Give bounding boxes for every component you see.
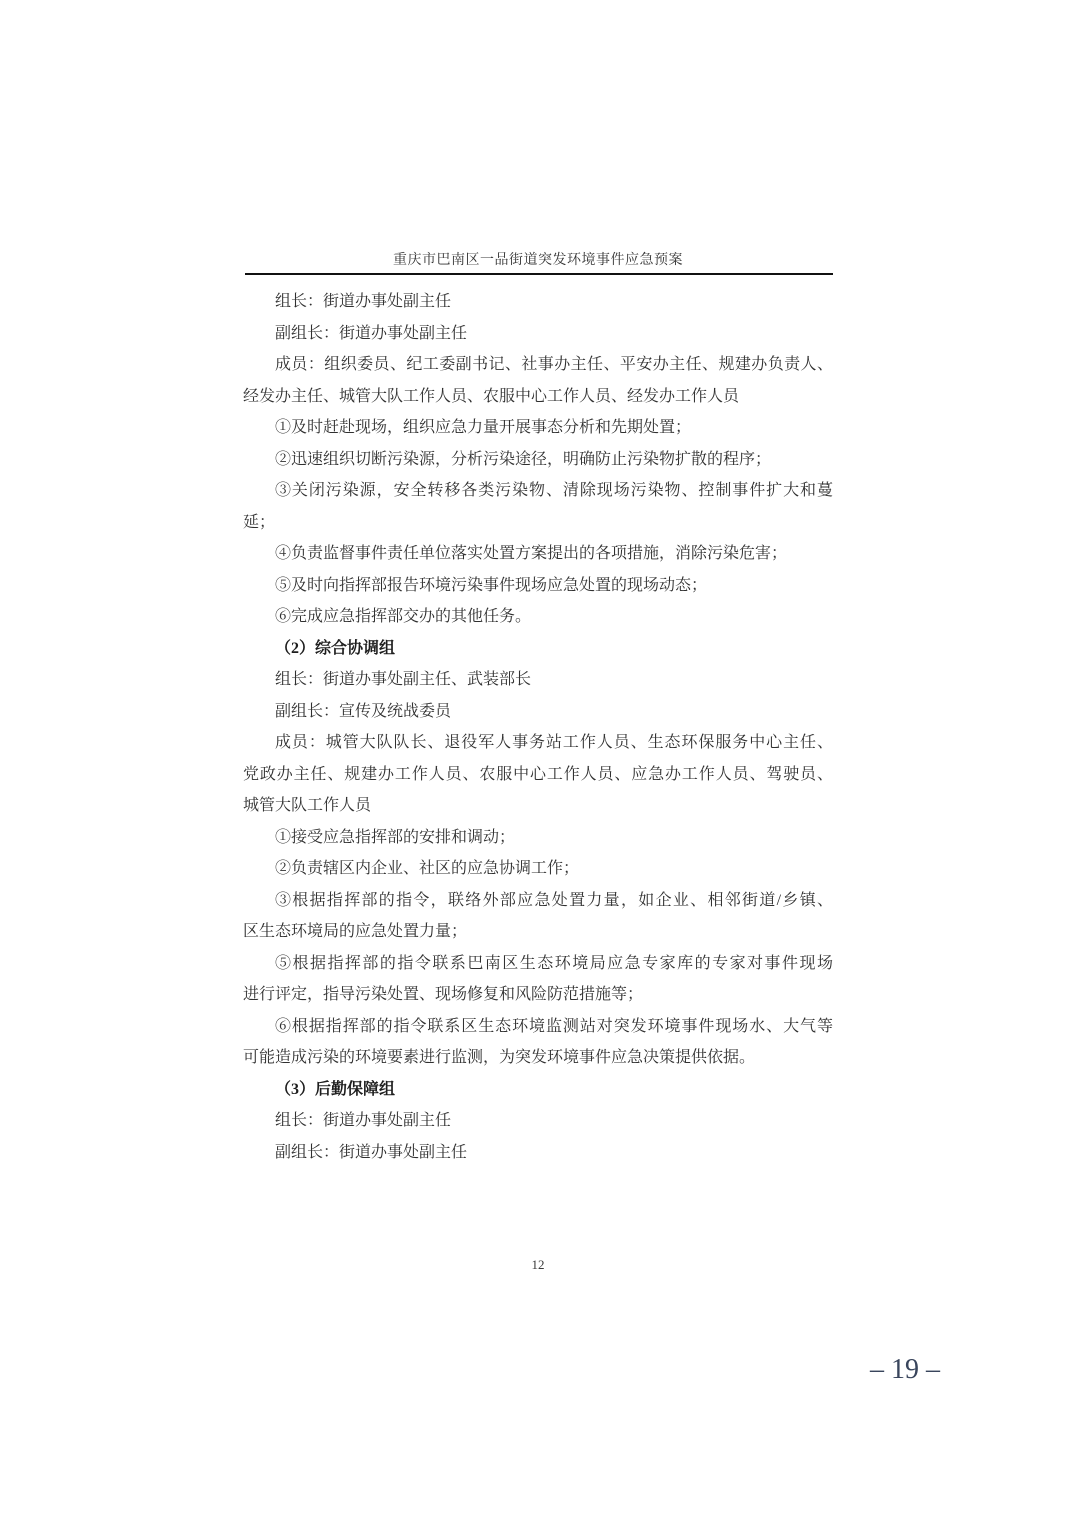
paragraph: 组长：街道办事处副主任 <box>243 286 833 318</box>
paragraph-line: 成员：城管大队队长、退役军人事务站工作人员、生态环保服务中心主任、 <box>243 727 833 759</box>
paragraph-line: 组长：街道办事处副主任 <box>243 286 833 318</box>
paragraph-line: ④负责监督事件责任单位落实处置方案提出的各项措施，消除污染危害； <box>243 538 833 570</box>
paragraph: （3）后勤保障组 <box>243 1074 833 1106</box>
paragraph: 副组长：街道办事处副主任 <box>243 1137 833 1169</box>
document-body: 组长：街道办事处副主任副组长：街道办事处副主任成员：组织委员、纪工委副书记、社事… <box>243 286 833 1168</box>
paragraph: 组长：街道办事处副主任、武装部长 <box>243 664 833 696</box>
paragraph-line: ⑥完成应急指挥部交办的其他任务。 <box>243 601 833 633</box>
paragraph-line: ⑥根据指挥部的指令联系区生态环境监测站对突发环境事件现场水、大气等 <box>243 1011 833 1043</box>
paragraph-line: 组长：街道办事处副主任 <box>243 1105 833 1137</box>
paragraph-line: 进行评定，指导污染处置、现场修复和风险防范措施等； <box>243 979 833 1011</box>
paragraph: ③关闭污染源，安全转移各类污染物、清除现场污染物、控制事件扩大和蔓延； <box>243 475 833 538</box>
paragraph: ⑤根据指挥部的指令联系巴南区生态环境局应急专家库的专家对事件现场进行评定，指导污… <box>243 948 833 1011</box>
paragraph-line: 副组长：街道办事处副主任 <box>243 318 833 350</box>
paragraph-line: ⑤根据指挥部的指令联系巴南区生态环境局应急专家库的专家对事件现场 <box>243 948 833 980</box>
page-number: 12 <box>243 1257 833 1273</box>
paragraph-line: ①及时赶赴现场，组织应急力量开展事态分析和先期处置； <box>243 412 833 444</box>
paragraph-line: 成员：组织委员、纪工委副书记、社事办主任、平安办主任、规建办负责人、 <box>243 349 833 381</box>
paragraph: ③根据指挥部的指令，联络外部应急处置力量，如企业、相邻街道/乡镇、区生态环境局的… <box>243 885 833 948</box>
paragraph: （2）综合协调组 <box>243 633 833 665</box>
paragraph: 成员：城管大队队长、退役军人事务站工作人员、生态环保服务中心主任、党政办主任、规… <box>243 727 833 822</box>
paragraph-line: 区生态环境局的应急处置力量； <box>243 916 833 948</box>
paragraph-line: ②迅速组织切断污染源，分析污染途径，明确防止污染物扩散的程序； <box>243 444 833 476</box>
header-rule <box>245 273 833 275</box>
paragraph: 组长：街道办事处副主任 <box>243 1105 833 1137</box>
header-title: 重庆市巴南区一品街道突发环境事件应急预案 <box>243 249 833 269</box>
paragraph: ②迅速组织切断污染源，分析污染途径，明确防止污染物扩散的程序； <box>243 444 833 476</box>
paragraph-line: 延； <box>243 507 833 539</box>
paragraph: ⑥完成应急指挥部交办的其他任务。 <box>243 601 833 633</box>
paragraph-line: 城管大队工作人员 <box>243 790 833 822</box>
paragraph-line: ③根据指挥部的指令，联络外部应急处置力量，如企业、相邻街道/乡镇、 <box>243 885 833 917</box>
section-heading: （2）综合协调组 <box>243 633 833 665</box>
paragraph: ④负责监督事件责任单位落实处置方案提出的各项措施，消除污染危害； <box>243 538 833 570</box>
paragraph-line: ②负责辖区内企业、社区的应急协调工作； <box>243 853 833 885</box>
document-page: 重庆市巴南区一品街道突发环境事件应急预案 组长：街道办事处副主任副组长：街道办事… <box>0 0 1074 1520</box>
paragraph-line: ①接受应急指挥部的安排和调动； <box>243 822 833 854</box>
paragraph: ①接受应急指挥部的安排和调动； <box>243 822 833 854</box>
paragraph: 成员：组织委员、纪工委副书记、社事办主任、平安办主任、规建办负责人、经发办主任、… <box>243 349 833 412</box>
paragraph-line: 可能造成污染的环境要素进行监测，为突发环境事件应急决策提供依据。 <box>243 1042 833 1074</box>
outer-page-number: – 19 – <box>850 1354 960 1386</box>
paragraph: ②负责辖区内企业、社区的应急协调工作； <box>243 853 833 885</box>
paragraph-line: 经发办主任、城管大队工作人员、农服中心工作人员、经发办工作人员 <box>243 381 833 413</box>
paragraph: ⑥根据指挥部的指令联系区生态环境监测站对突发环境事件现场水、大气等可能造成污染的… <box>243 1011 833 1074</box>
paragraph-line: 副组长：宣传及统战委员 <box>243 696 833 728</box>
paragraph: ⑤及时向指挥部报告环境污染事件现场应急处置的现场动态； <box>243 570 833 602</box>
paragraph-line: 组长：街道办事处副主任、武装部长 <box>243 664 833 696</box>
paragraph-line: 副组长：街道办事处副主任 <box>243 1137 833 1169</box>
section-heading: （3）后勤保障组 <box>243 1074 833 1106</box>
paragraph: 副组长：街道办事处副主任 <box>243 318 833 350</box>
paragraph-line: ⑤及时向指挥部报告环境污染事件现场应急处置的现场动态； <box>243 570 833 602</box>
paragraph: 副组长：宣传及统战委员 <box>243 696 833 728</box>
paragraph-line: ③关闭污染源，安全转移各类污染物、清除现场污染物、控制事件扩大和蔓 <box>243 475 833 507</box>
paragraph-line: 党政办主任、规建办工作人员、农服中心工作人员、应急办工作人员、驾驶员、 <box>243 759 833 791</box>
paragraph: ①及时赶赴现场，组织应急力量开展事态分析和先期处置； <box>243 412 833 444</box>
